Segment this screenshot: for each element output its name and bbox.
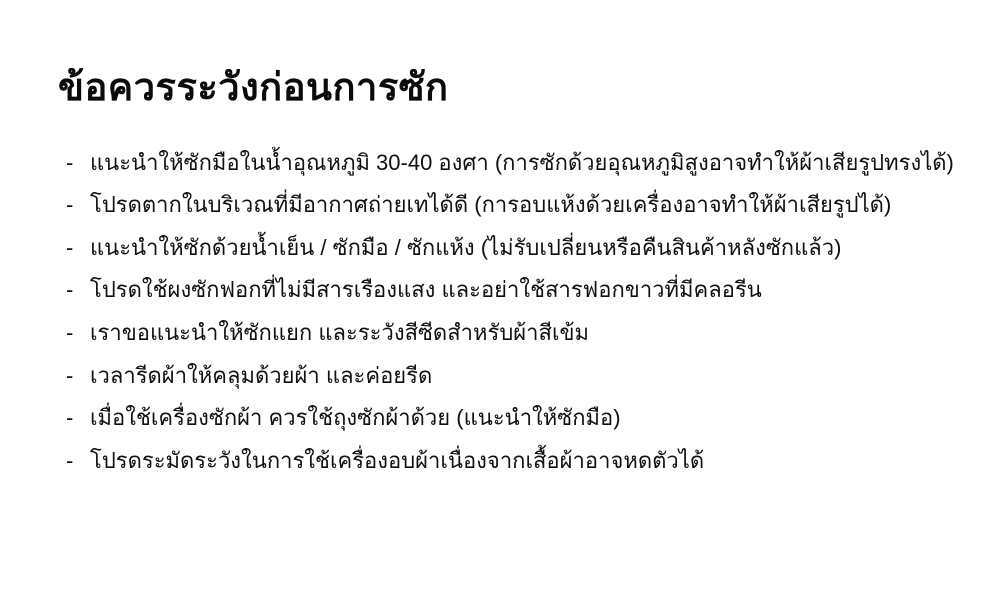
list-item-text: เราขอแนะนำให้ซักแยก และระวังสีซีดสำหรับผ… [90, 312, 960, 355]
bullet-dash: - [58, 440, 90, 483]
washing-precautions-page: ข้อควรระวังก่อนการซัก - แนะนำให้ซักมือใน… [0, 0, 1000, 600]
precaution-list: - แนะนำให้ซักมือในน้ำอุณหภูมิ 30-40 องศา… [58, 142, 960, 483]
list-item-text: โปรดใช้ผงซักฟอกที่ไม่มีสารเรืองแสง และอย… [90, 269, 960, 312]
list-item: - โปรดตากในบริเวณที่มีอากาศถ่ายเทได้ดี (… [58, 184, 960, 227]
bullet-dash: - [58, 227, 90, 270]
list-item: - เวลารีดผ้าให้คลุมด้วยผ้า และค่อยรีด [58, 355, 960, 398]
list-item-text: แนะนำให้ซักมือในน้ำอุณหภูมิ 30-40 องศา (… [90, 142, 960, 185]
list-item-text: โปรดตากในบริเวณที่มีอากาศถ่ายเทได้ดี (กา… [90, 184, 960, 227]
bullet-dash: - [58, 312, 90, 355]
list-item-text: โปรดระมัดระวังในการใช้เครื่องอบผ้าเนื่อง… [90, 440, 960, 483]
list-item-text: แนะนำให้ซักด้วยน้ำเย็น / ซักมือ / ซักแห้… [90, 227, 960, 270]
list-item: - เราขอแนะนำให้ซักแยก และระวังสีซีดสำหรั… [58, 312, 960, 355]
list-item: - แนะนำให้ซักด้วยน้ำเย็น / ซักมือ / ซักแ… [58, 227, 960, 270]
bullet-dash: - [58, 184, 90, 227]
list-item: - เมื่อใช้เครื่องซักผ้า ควรใช้ถุงซักผ้าด… [58, 397, 960, 440]
bullet-dash: - [58, 397, 90, 440]
list-item-text: เวลารีดผ้าให้คลุมด้วยผ้า และค่อยรีด [90, 355, 960, 398]
list-item: - แนะนำให้ซักมือในน้ำอุณหภูมิ 30-40 องศา… [58, 142, 960, 185]
list-item-text: เมื่อใช้เครื่องซักผ้า ควรใช้ถุงซักผ้าด้ว… [90, 397, 960, 440]
page-title: ข้อควรระวังก่อนการซัก [58, 66, 960, 112]
list-item: - โปรดใช้ผงซักฟอกที่ไม่มีสารเรืองแสง และ… [58, 269, 960, 312]
bullet-dash: - [58, 355, 90, 398]
bullet-dash: - [58, 269, 90, 312]
list-item: - โปรดระมัดระวังในการใช้เครื่องอบผ้าเนื่… [58, 440, 960, 483]
bullet-dash: - [58, 142, 90, 185]
